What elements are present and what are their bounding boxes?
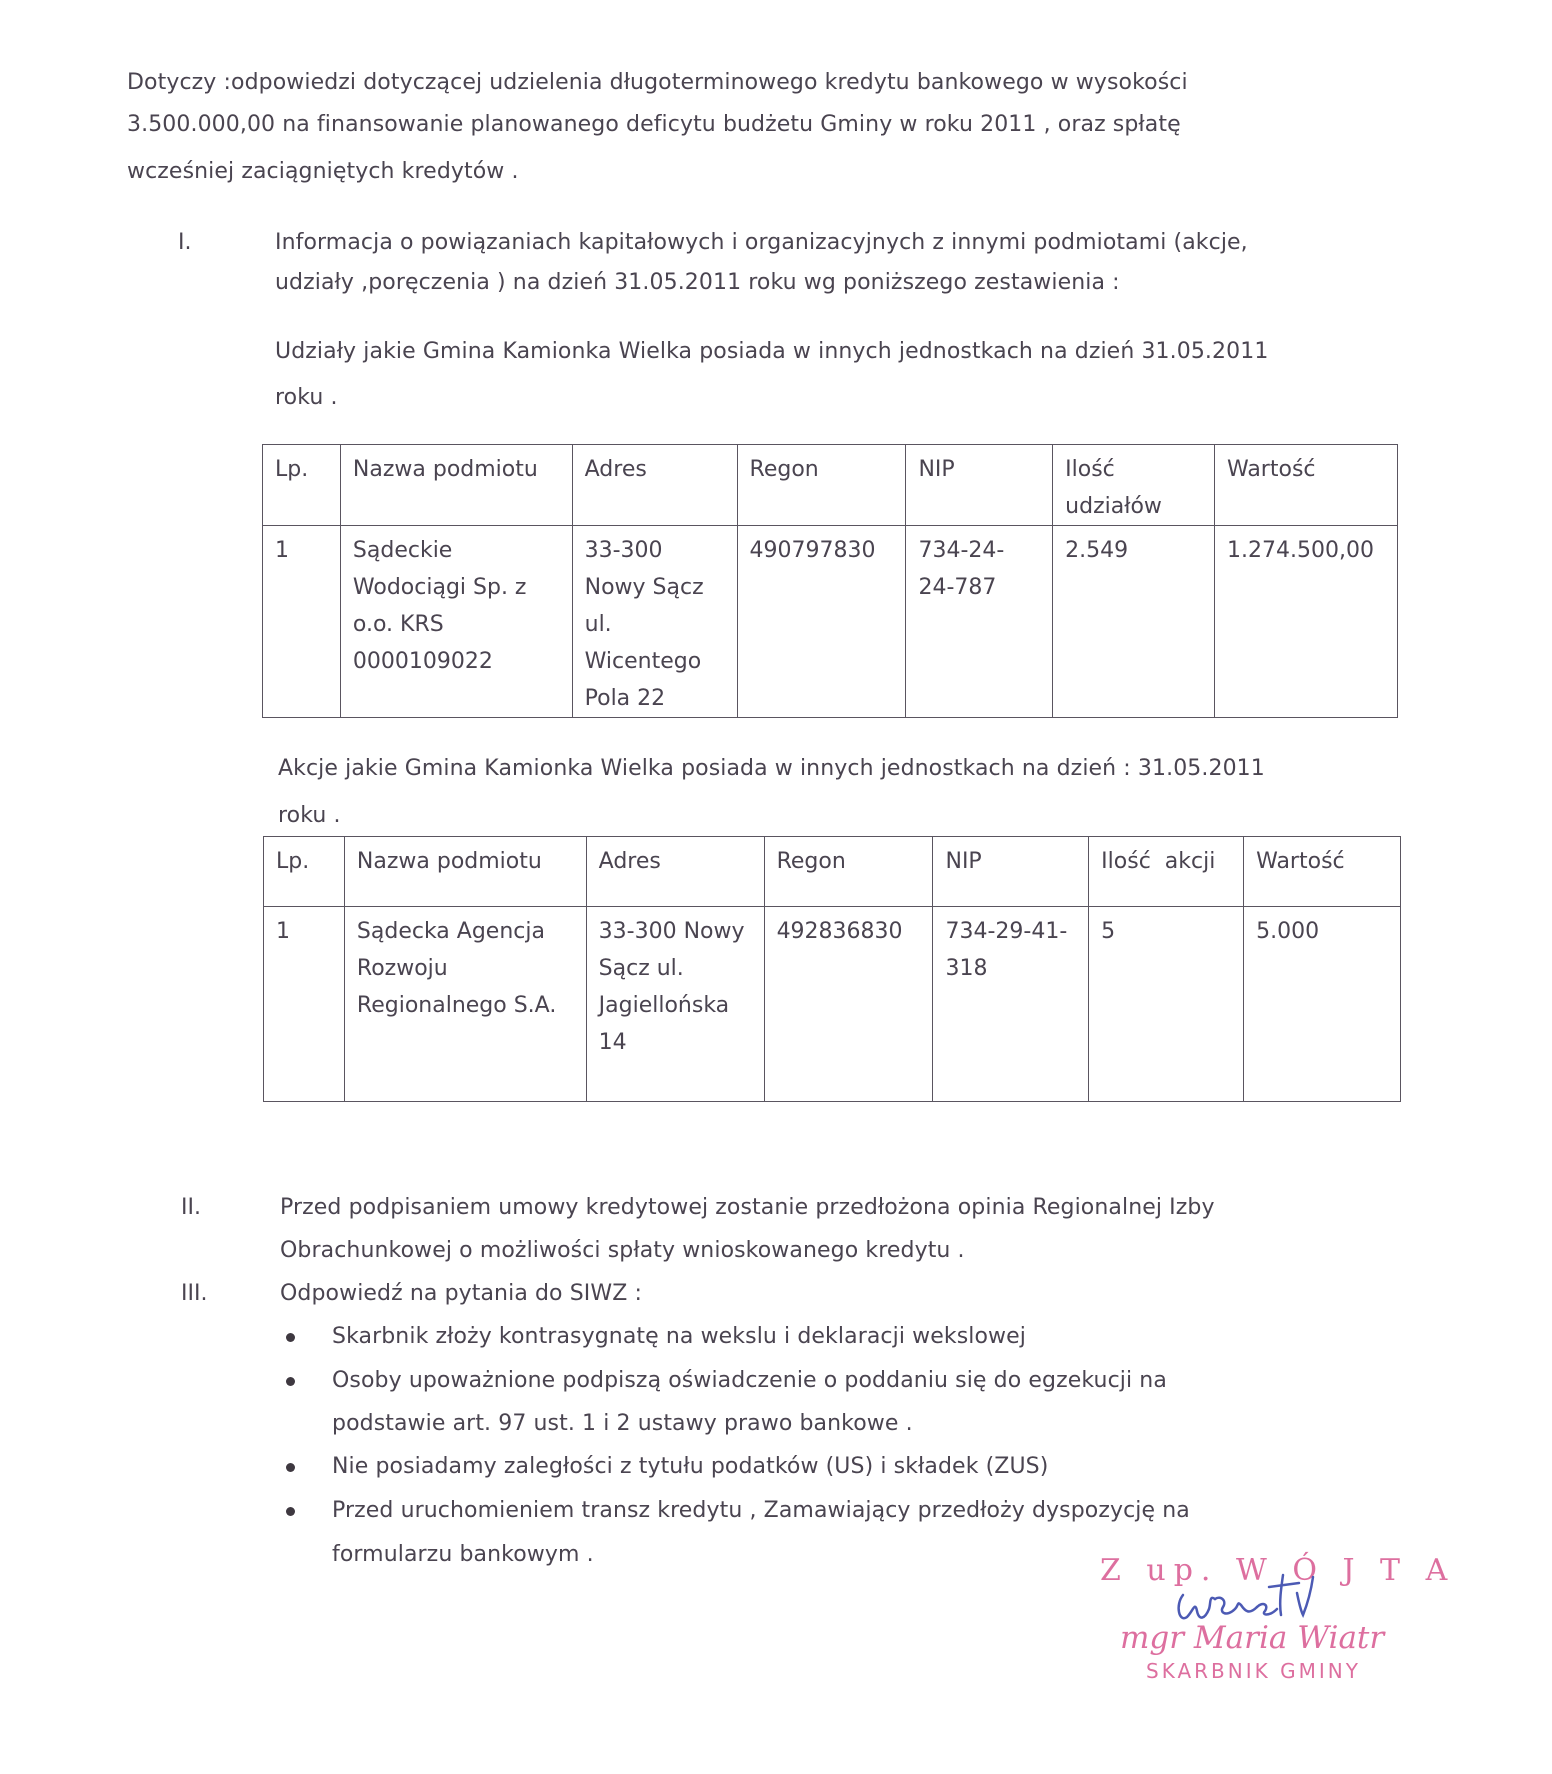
cell-name: Sądeckie Wodociągi Sp. z o.o. KRS 000010… <box>340 526 572 718</box>
section-3-numeral: III. <box>181 1279 207 1309</box>
section-1-numeral: I. <box>178 228 191 258</box>
col-header-value: Wartość <box>1214 445 1397 526</box>
col-header-nip: NIP <box>906 445 1053 526</box>
list-item-text-continued: formularzu bankowym . <box>332 1540 594 1570</box>
intro-line-1: Dotyczy :odpowiedzi dotyczącej udzieleni… <box>127 68 1188 98</box>
col-header-value: Wartość <box>1244 837 1401 907</box>
cell-quantity: 5 <box>1089 907 1244 1102</box>
section-2-line-1: Przed podpisaniem umowy kredytowej zosta… <box>280 1193 1215 1223</box>
cell-name: Sądecka Agencja Rozwoju Regionalnego S.A… <box>344 907 586 1102</box>
col-header-address: Adres <box>586 837 764 907</box>
intro-line-2: 3.500.000,00 na finansowanie planowanego… <box>127 110 1181 140</box>
cell-address: 33-300 Nowy Sącz ul. Jagiellońska 14 <box>586 907 764 1102</box>
section-2-numeral: II. <box>181 1193 201 1223</box>
section-2-line-2: Obrachunkowej o możliwości spłaty wniosk… <box>280 1236 965 1266</box>
list-item-text: Przed uruchomieniem transz kredytu , Zam… <box>332 1496 1190 1526</box>
col-header-address: Adres <box>572 445 737 526</box>
stamp-title: SKARBNIK GMINY <box>1146 1659 1361 1683</box>
cell-value: 5.000 <box>1244 907 1401 1102</box>
col-header-lp: Lp. <box>264 837 345 907</box>
col-header-regon: Regon <box>764 837 933 907</box>
col-header-name: Nazwa podmiotu <box>340 445 572 526</box>
col-header-quantity: Ilość udziałów <box>1053 445 1215 526</box>
cell-lp: 1 <box>263 526 341 718</box>
col-header-quantity: Ilość akcji <box>1089 837 1244 907</box>
section-1-line-1: Informacja o powiązaniach kapitałowych i… <box>275 228 1248 258</box>
list-item-text: Nie posiadamy zaległości z tytułu podatk… <box>332 1452 1048 1482</box>
cell-regon: 492836830 <box>764 907 933 1102</box>
cell-regon: 490797830 <box>737 526 906 718</box>
shares-table: Lp. Nazwa podmiotu Adres Regon NIP Ilość… <box>262 444 1398 718</box>
col-header-name: Nazwa podmiotu <box>344 837 586 907</box>
col-header-lp: Lp. <box>263 445 341 526</box>
cell-nip: 734-24-24-787 <box>906 526 1053 718</box>
section-3-title: Odpowiedź na pytania do SIWZ : <box>280 1279 642 1309</box>
bullet-icon <box>286 1463 295 1472</box>
list-item-text: Skarbnik złoży kontrasygnatę na wekslu i… <box>332 1322 1026 1352</box>
bullet-icon <box>286 1377 295 1386</box>
stocks-table: Lp. Nazwa podmiotu Adres Regon NIP Ilość… <box>263 836 1401 1102</box>
cell-lp: 1 <box>264 907 345 1102</box>
stocks-caption-line-1: Akcje jakie Gmina Kamionka Wielka posiad… <box>278 754 1265 784</box>
shares-caption-line-1: Udziały jakie Gmina Kamionka Wielka posi… <box>275 337 1268 367</box>
table-row: 1 Sądeckie Wodociągi Sp. z o.o. KRS 0000… <box>263 526 1398 718</box>
shares-table-header: Lp. Nazwa podmiotu Adres Regon NIP Ilość… <box>263 445 1398 526</box>
stamp-name: mgr Maria Wiatr <box>1120 1620 1384 1656</box>
cell-quantity: 2.549 <box>1053 526 1215 718</box>
cell-nip: 734-29-41-318 <box>933 907 1089 1102</box>
intro-line-3: wcześniej zaciągniętych kredytów . <box>127 157 519 187</box>
col-header-regon: Regon <box>737 445 906 526</box>
list-item-text-continued: podstawie art. 97 ust. 1 i 2 ustawy praw… <box>332 1409 913 1439</box>
bullet-icon <box>286 1507 295 1516</box>
list-item-text: Osoby upoważnione podpiszą oświadczenie … <box>332 1366 1167 1396</box>
table-row: 1 Sądecka Agencja Rozwoju Regionalnego S… <box>264 907 1401 1102</box>
stocks-table-header: Lp. Nazwa podmiotu Adres Regon NIP Ilość… <box>264 837 1401 907</box>
cell-address: 33-300 Nowy Sącz ul. Wicentego Pola 22 <box>572 526 737 718</box>
section-1-line-2: udziały ,poręczenia ) na dzień 31.05.201… <box>275 268 1120 298</box>
shares-caption-line-2: roku . <box>275 383 338 413</box>
stocks-caption-line-2: roku . <box>278 801 341 831</box>
col-header-nip: NIP <box>933 837 1089 907</box>
bullet-icon <box>286 1333 295 1342</box>
cell-value: 1.274.500,00 <box>1214 526 1397 718</box>
